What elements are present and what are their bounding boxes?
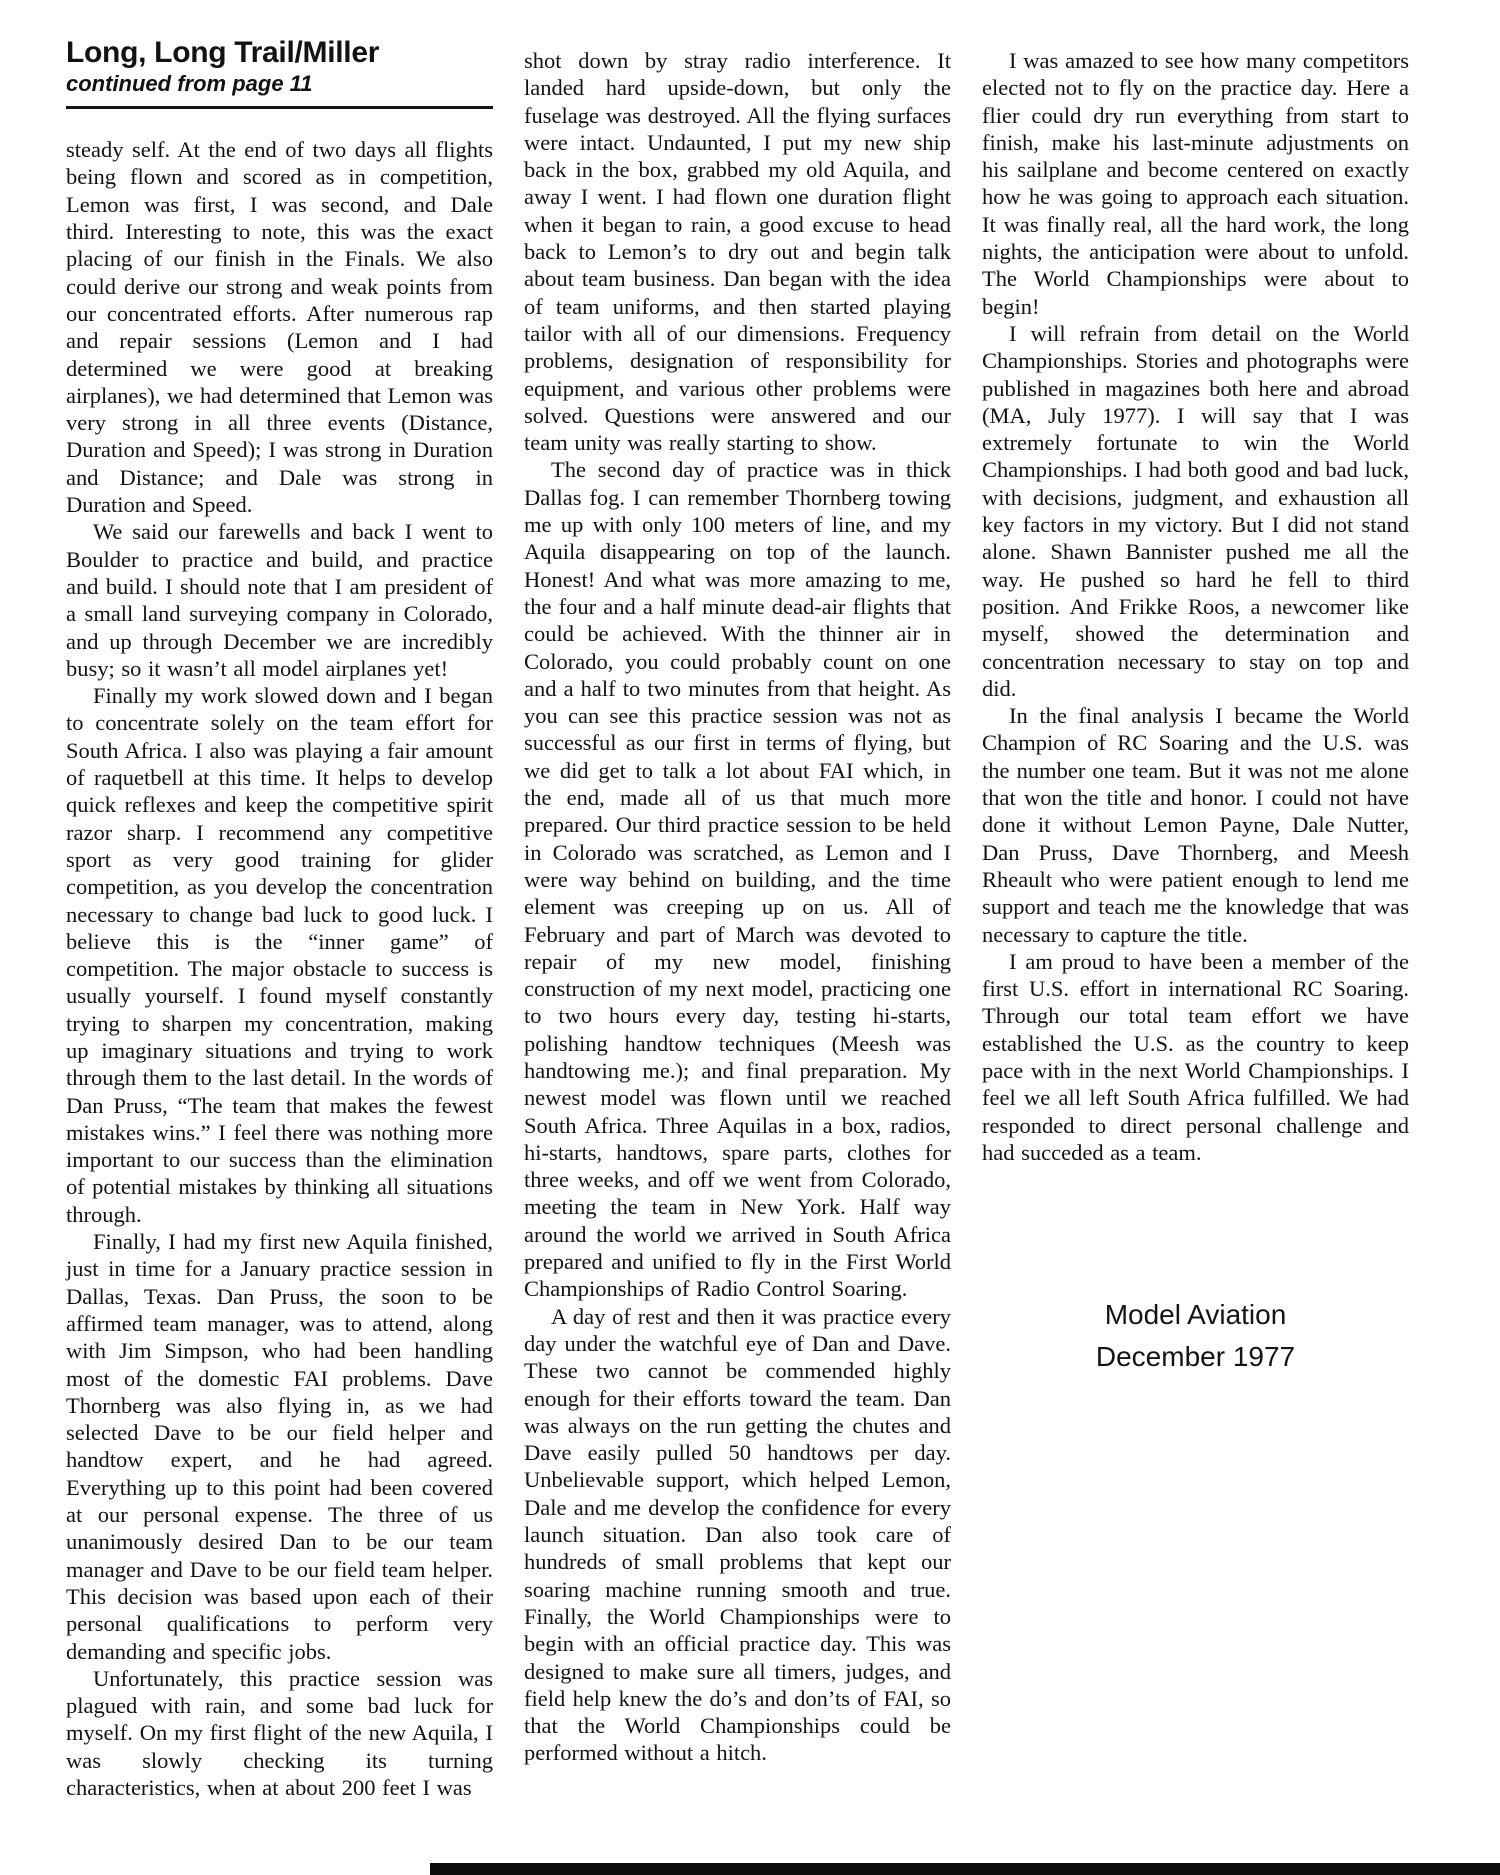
column-1: Long, Long Trail/Miller continued from p… <box>66 36 493 1801</box>
paragraph: Finally, I had my first new Aquila finis… <box>66 1228 493 1665</box>
article-columns: Long, Long Trail/Miller continued from p… <box>0 0 1500 1801</box>
paragraph: I will refrain from detail on the World … <box>982 320 1409 702</box>
paragraph: The second day of practice was in thick … <box>524 456 951 1302</box>
column-2: shot down by stray radio interference. I… <box>524 36 951 1801</box>
paragraph: steady self. At the end of two days all … <box>66 136 493 518</box>
scan-artifact-bar <box>430 1863 1500 1875</box>
paragraph: Unfortunately, this practice session was… <box>66 1665 493 1801</box>
column-3: I was amazed to see how many competitors… <box>982 36 1409 1801</box>
magazine-issue-date: December 1977 <box>982 1336 1409 1378</box>
paragraph: Finally my work slowed down and I began … <box>66 682 493 1228</box>
article-title: Long, Long Trail/Miller <box>66 36 493 69</box>
paragraph: In the final analysis I became the World… <box>982 702 1409 948</box>
paragraph: We said our farewells and back I went to… <box>66 518 493 682</box>
paragraph: shot down by stray radio interference. I… <box>524 47 951 456</box>
article-header: Long, Long Trail/Miller continued from p… <box>66 36 493 109</box>
paragraph: A day of rest and then it was practice e… <box>524 1303 951 1767</box>
magazine-credit: Model Aviation December 1977 <box>982 1294 1409 1378</box>
header-divider <box>66 106 493 109</box>
continuation-note: continued from page 11 <box>66 72 493 96</box>
paragraph: I am proud to have been a member of the … <box>982 948 1409 1166</box>
magazine-page: Long, Long Trail/Miller continued from p… <box>0 0 1500 1875</box>
paragraph: I was amazed to see how many competitors… <box>982 47 1409 320</box>
magazine-title: Model Aviation <box>982 1294 1409 1336</box>
